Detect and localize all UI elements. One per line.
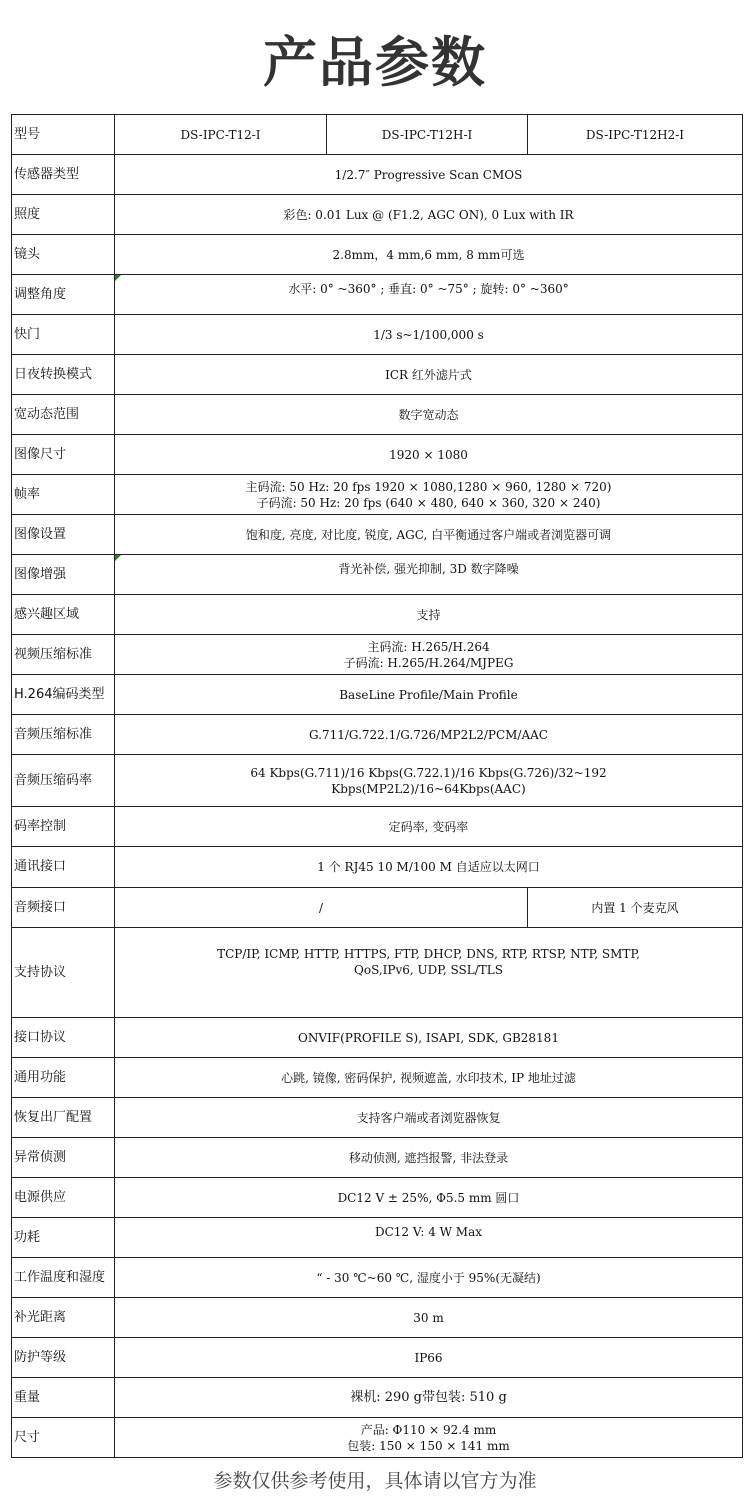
table-row: 支持协议 TCP/IP, ICMP, HTTP, HTTPS, FTP, DHC…: [12, 928, 743, 1018]
row-value: ICR 红外滤片式: [115, 355, 743, 395]
row-label: 传感器类型: [12, 155, 115, 195]
row-value: 数字宽动态: [115, 395, 743, 435]
table-row: 电源供应 DC12 V ± 25%, Φ5.5 mm 圆口: [12, 1178, 743, 1218]
table-row: 工作温度和湿度 “ - 30 ℃~60 ℃, 湿度小于 95%(无凝结): [12, 1258, 743, 1298]
row-label: 功耗: [12, 1218, 115, 1258]
row-value: 30 m: [115, 1298, 743, 1338]
value-line: QoS,IPv6, UDP, SSL/TLS: [115, 962, 742, 978]
row-label: 音频压缩标准: [12, 715, 115, 755]
row-label: 图像设置: [12, 515, 115, 555]
value-line: 主码流: 50 Hz: 20 fps 1920 × 1080,1280 × 96…: [115, 479, 742, 495]
disclaimer-footer: 参数仅供参考使用，具体请以官方为准: [0, 1466, 750, 1493]
row-value: 背光补偿, 强光抑制, 3D 数字降噪: [115, 555, 743, 595]
table-row: 图像增强 背光补偿, 强光抑制, 3D 数字降噪: [12, 555, 743, 595]
value-line: 子码流: 50 Hz: 20 fps (640 × 480, 640 × 360…: [115, 495, 742, 511]
row-value: 彩色: 0.01 Lux @ (F1.2, AGC ON), 0 Lux wit…: [115, 195, 743, 235]
table-row: 感兴趣区域 支持: [12, 595, 743, 635]
table-row: 异常侦测 移动侦测, 遮挡报警, 非法登录: [12, 1138, 743, 1178]
row-label: 电源供应: [12, 1178, 115, 1218]
row-label: 照度: [12, 195, 115, 235]
table-row: 照度 彩色: 0.01 Lux @ (F1.2, AGC ON), 0 Lux …: [12, 195, 743, 235]
row-label: 通用功能: [12, 1058, 115, 1098]
table-row: H.264编码类型 BaseLine Profile/Main Profile: [12, 675, 743, 715]
row-value: /: [115, 888, 528, 928]
row-value: BaseLine Profile/Main Profile: [115, 675, 743, 715]
table-row: 重量 裸机: 290 g带包装: 510 g: [12, 1378, 743, 1418]
row-label: 恢复出厂配置: [12, 1098, 115, 1138]
table-row: 图像尺寸 1920 × 1080: [12, 435, 743, 475]
row-label: 日夜转换模式: [12, 355, 115, 395]
row-label: 码率控制: [12, 807, 115, 847]
table-row: 音频接口 / 内置 1 个麦克风: [12, 888, 743, 928]
table-row: 音频压缩标准 G.711/G.722.1/G.726/MP2L2/PCM/AAC: [12, 715, 743, 755]
row-value: G.711/G.722.1/G.726/MP2L2/PCM/AAC: [115, 715, 743, 755]
table-row: 接口协议 ONVIF(PROFILE S), ISAPI, SDK, GB281…: [12, 1018, 743, 1058]
table-row: 镜头 2.8mm，4 mm,6 mm, 8 mm可选: [12, 235, 743, 275]
row-label: 通讯接口: [12, 847, 115, 888]
row-value: 产品: Φ110 × 92.4 mm 包装: 150 × 150 × 141 m…: [115, 1418, 743, 1458]
table-row: 宽动态范围 数字宽动态: [12, 395, 743, 435]
table-row: 帧率 主码流: 50 Hz: 20 fps 1920 × 1080,1280 ×…: [12, 475, 743, 515]
row-value: 水平: 0° ~360° ; 垂直: 0° ~75° ; 旋转: 0° ~360…: [115, 275, 743, 315]
row-value: 主码流: 50 Hz: 20 fps 1920 × 1080,1280 × 96…: [115, 475, 743, 515]
row-label: 异常侦测: [12, 1138, 115, 1178]
row-label: 工作温度和湿度: [12, 1258, 115, 1298]
row-value: 内置 1 个麦克风: [528, 888, 743, 928]
row-value: 1 个 RJ45 10 M/100 M 自适应以太网口: [115, 847, 743, 888]
row-label: 快门: [12, 315, 115, 355]
row-label: 镜头: [12, 235, 115, 275]
row-label: 重量: [12, 1378, 115, 1418]
row-label: 图像尺寸: [12, 435, 115, 475]
row-value: 支持客户端或者浏览器恢复: [115, 1098, 743, 1138]
value-line: 子码流: H.265/H.264/MJPEG: [115, 655, 742, 671]
table-row: 码率控制 定码率, 变码率: [12, 807, 743, 847]
row-value: 1/2.7″ Progressive Scan CMOS: [115, 155, 743, 195]
row-label: 接口协议: [12, 1018, 115, 1058]
row-value: 定码率, 变码率: [115, 807, 743, 847]
table-row: 日夜转换模式 ICR 红外滤片式: [12, 355, 743, 395]
model-cell: DS-IPC-T12-I: [115, 115, 327, 155]
row-label: 调整角度: [12, 275, 115, 315]
row-label: 音频压缩码率: [12, 755, 115, 807]
row-label: 型号: [12, 115, 115, 155]
row-value: DC12 V ± 25%, Φ5.5 mm 圆口: [115, 1178, 743, 1218]
model-cell: DS-IPC-T12H2-I: [528, 115, 743, 155]
row-value: DC12 V: 4 W Max: [115, 1218, 743, 1258]
table-row: 通讯接口 1 个 RJ45 10 M/100 M 自适应以太网口: [12, 847, 743, 888]
row-value: 饱和度, 亮度, 对比度, 锐度, AGC, 白平衡通过客户端或者浏览器可调: [115, 515, 743, 555]
value-line: Kbps(MP2L2)/16~64Kbps(AAC): [115, 781, 742, 797]
table-row: 通用功能 心跳, 镜像, 密码保护, 视频遮盖, 水印技术, IP 地址过滤: [12, 1058, 743, 1098]
table-row: 补光距离 30 m: [12, 1298, 743, 1338]
row-value: IP66: [115, 1338, 743, 1378]
table-row: 防护等级 IP66: [12, 1338, 743, 1378]
value-line: TCP/IP, ICMP, HTTP, HTTPS, FTP, DHCP, DN…: [115, 946, 742, 962]
value-line: 64 Kbps(G.711)/16 Kbps(G.722.1)/16 Kbps(…: [115, 765, 742, 781]
row-label: H.264编码类型: [12, 675, 115, 715]
value-line: 主码流: H.265/H.264: [115, 639, 742, 655]
table-row: 尺寸 产品: Φ110 × 92.4 mm 包装: 150 × 150 × 14…: [12, 1418, 743, 1458]
row-value: 1/3 s~1/100,000 s: [115, 315, 743, 355]
row-label: 视频压缩标准: [12, 635, 115, 675]
page-title: 产品参数: [0, 28, 750, 98]
row-value: ONVIF(PROFILE S), ISAPI, SDK, GB28181: [115, 1018, 743, 1058]
row-value: 64 Kbps(G.711)/16 Kbps(G.722.1)/16 Kbps(…: [115, 755, 743, 807]
value-line: 包装: 150 × 150 × 141 mm: [115, 1438, 742, 1454]
row-value: 心跳, 镜像, 密码保护, 视频遮盖, 水印技术, IP 地址过滤: [115, 1058, 743, 1098]
row-value: 1920 × 1080: [115, 435, 743, 475]
table-row: 功耗 DC12 V: 4 W Max: [12, 1218, 743, 1258]
table-row: 图像设置 饱和度, 亮度, 对比度, 锐度, AGC, 白平衡通过客户端或者浏览…: [12, 515, 743, 555]
row-label: 图像增强: [12, 555, 115, 595]
table-row: 恢复出厂配置 支持客户端或者浏览器恢复: [12, 1098, 743, 1138]
row-value: TCP/IP, ICMP, HTTP, HTTPS, FTP, DHCP, DN…: [115, 928, 743, 1018]
row-label: 宽动态范围: [12, 395, 115, 435]
value-line: 产品: Φ110 × 92.4 mm: [115, 1422, 742, 1438]
row-value: “ - 30 ℃~60 ℃, 湿度小于 95%(无凝结): [115, 1258, 743, 1298]
row-model: 型号 DS-IPC-T12-I DS-IPC-T12H-I DS-IPC-T12…: [12, 115, 743, 155]
row-label: 支持协议: [12, 928, 115, 1018]
row-value: 支持: [115, 595, 743, 635]
spec-table: 型号 DS-IPC-T12-I DS-IPC-T12H-I DS-IPC-T12…: [11, 114, 743, 1458]
row-label: 音频接口: [12, 888, 115, 928]
row-label: 补光距离: [12, 1298, 115, 1338]
table-row: 调整角度 水平: 0° ~360° ; 垂直: 0° ~75° ; 旋转: 0°…: [12, 275, 743, 315]
table-row: 传感器类型 1/2.7″ Progressive Scan CMOS: [12, 155, 743, 195]
row-value: 2.8mm，4 mm,6 mm, 8 mm可选: [115, 235, 743, 275]
model-cell: DS-IPC-T12H-I: [327, 115, 528, 155]
table-row: 快门 1/3 s~1/100,000 s: [12, 315, 743, 355]
row-label: 尺寸: [12, 1418, 115, 1458]
row-label: 防护等级: [12, 1338, 115, 1378]
row-value: 裸机: 290 g带包装: 510 g: [115, 1378, 743, 1418]
row-label: 帧率: [12, 475, 115, 515]
row-value: 主码流: H.265/H.264 子码流: H.265/H.264/MJPEG: [115, 635, 743, 675]
row-label: 感兴趣区域: [12, 595, 115, 635]
row-value: 移动侦测, 遮挡报警, 非法登录: [115, 1138, 743, 1178]
table-row: 视频压缩标准 主码流: H.265/H.264 子码流: H.265/H.264…: [12, 635, 743, 675]
table-row: 音频压缩码率 64 Kbps(G.711)/16 Kbps(G.722.1)/1…: [12, 755, 743, 807]
